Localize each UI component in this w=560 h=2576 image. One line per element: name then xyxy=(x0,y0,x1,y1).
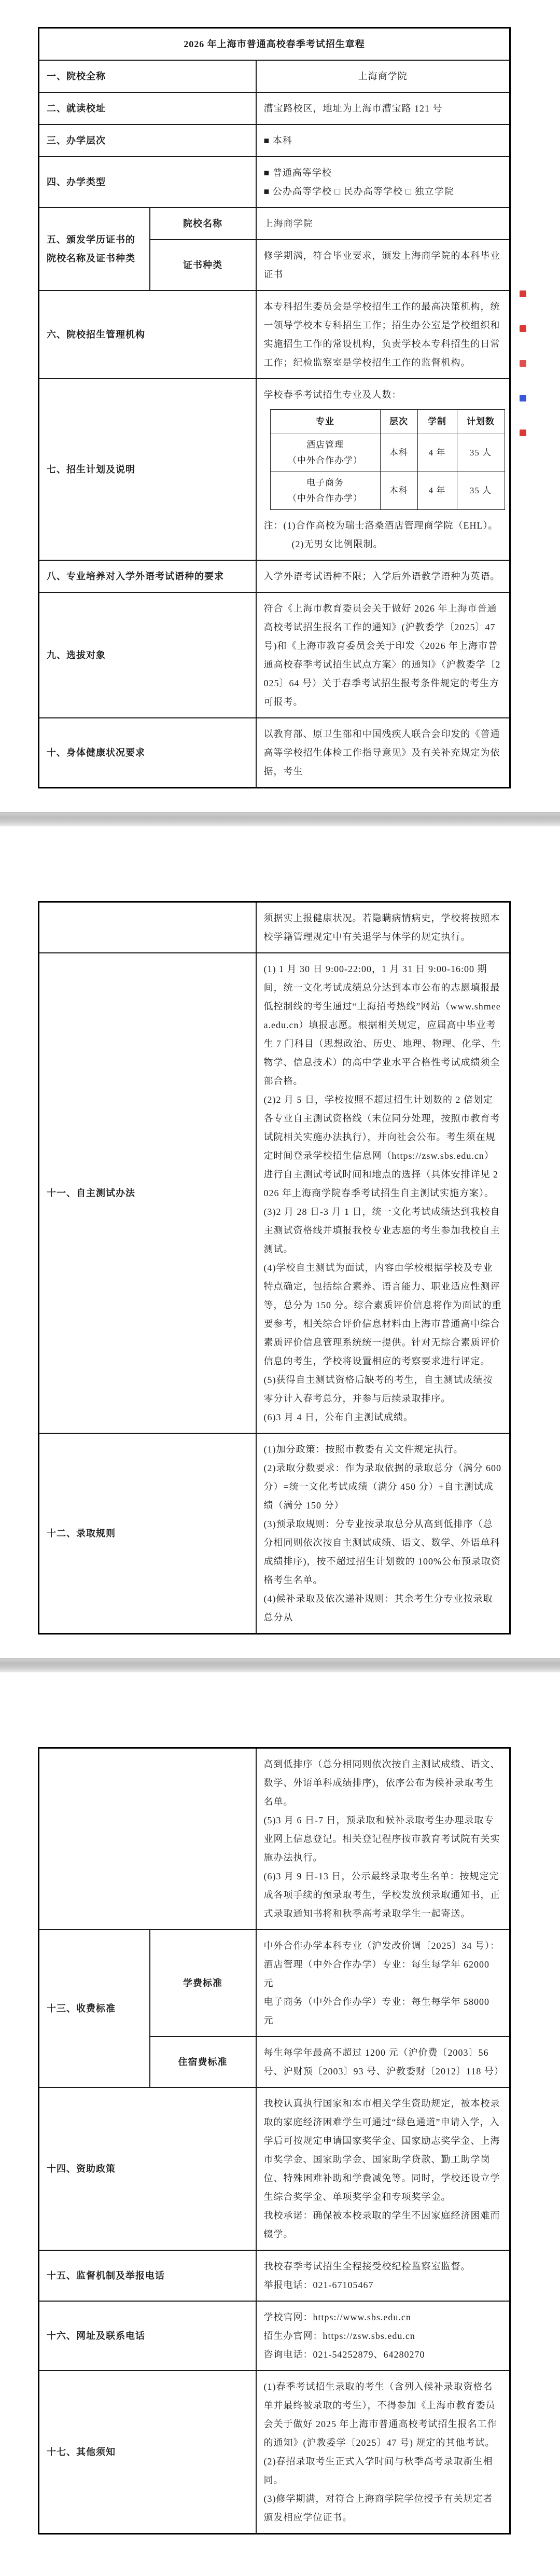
document-root: 2026 年上海市普通高校春季考试招生章程 一、院校全称 上海商学院 二、就读校… xyxy=(0,0,560,2576)
row-label-candidate-pool: 九、选拔对象 xyxy=(39,592,256,718)
row-label-other-notes: 十七、其他须知 xyxy=(39,2371,256,2534)
row-label-college-name: 一、院校全称 xyxy=(39,60,256,92)
table-row: 十四、资助政策 我校认真执行国家和本市相关学生资助规定，被本校录取的家庭经济困难… xyxy=(39,2087,510,2250)
column-header-level: 层次 xyxy=(380,410,417,434)
table-header-row: 专业 层次 学制 计划数 xyxy=(270,410,505,434)
admission-rule-para: (6)3 月 9 日-13 日，公示最终录取考生名单：按规定完成各项手续的预录取… xyxy=(264,1867,502,1923)
duration-cell: 4 年 xyxy=(417,434,457,472)
column-header-major: 专业 xyxy=(270,410,380,434)
table-row: 二、就读校址 漕宝路校区，地址为上海市漕宝路 121 号 xyxy=(39,92,510,124)
charter-table-page-2: 须据实上报健康状况。若隐瞒病情病史，学校将按照本校学籍管理规定中有关退学与休学的… xyxy=(38,901,511,1635)
enrollment-plan-intro: 学校春季考试招生专业及人数： xyxy=(264,385,502,404)
page-title: 2026 年上海市普通高校春季考试招生章程 xyxy=(39,28,510,61)
report-phone: 举报电话：021-67105467 xyxy=(264,2276,502,2294)
sub-label-accommodation-fee: 住宿费标准 xyxy=(150,2037,256,2087)
row-label-admission-rules-continued xyxy=(39,1748,256,1930)
table-row: 十三、收费标准 学费标准 中外合作办学本科专业（沪发改价调〔2025〕34 号）… xyxy=(39,1930,510,2037)
table-row: 酒店管理 （中外合作办学） 本科 4 年 35 人 xyxy=(270,434,505,472)
self-test-para: (3)2 月 28 日-3 月 1 日，统一文化考试成绩达到我校自主测试资格线并… xyxy=(264,1202,502,1258)
self-test-para: (1) 1 月 30 日 9:00-22:00，1 月 31 日 9:00-16… xyxy=(264,960,502,1090)
level-cell: 本科 xyxy=(380,434,417,472)
table-row: 一、院校全称 上海商学院 xyxy=(39,60,510,92)
table-row: 六、院校招生管理机构 本专科招生委员会是学校招生工作的最高决策机构，统一领导学校… xyxy=(39,290,510,379)
admission-rules-continued-value: 高到低排序（总分相同则依次按自主测试成绩、语文、数学、外语单科成绩排序)，依序公… xyxy=(256,1748,510,1930)
major-subname: （中外合作办学） xyxy=(273,453,378,468)
row-label-self-test-method: 十一、自主测试办法 xyxy=(39,953,256,1433)
financial-aid-value: 我校认真执行国家和本市相关学生资助规定，被本校录取的家庭经济困难学生可通过“绿色… xyxy=(256,2087,510,2250)
self-test-para: (2)2 月 5 日，学校按照不超过招生计划数的 2 倍划定各专业自主测试资格线… xyxy=(264,1090,502,1202)
sub-label-certificate-type: 证书种类 xyxy=(150,240,256,290)
financial-aid-para: 我校承诺：确保被本校录取的学生不因家庭经济困难而辍学。 xyxy=(264,2206,502,2243)
admission-rule-para: (3)预录取规则：分专业按录取总分从高到低排序（总分相同则依次按自主测试成绩、语… xyxy=(264,1515,502,1589)
planned-count-cell: 35 人 xyxy=(457,472,505,510)
tuition-fee-value: 中外合作办学本科专业（沪发改价调〔2025〕34 号）： 酒店管理（中外合作办学… xyxy=(256,1930,510,2037)
enrollment-plan-table: 专业 层次 学制 计划数 酒店管理 （中外合作办学） xyxy=(270,409,505,510)
row-label-financial-aid: 十四、资助政策 xyxy=(39,2087,256,2250)
column-header-planned-count: 计划数 xyxy=(457,410,505,434)
admission-rules-value: (1)加分政策：按照市教委有关文件规定执行。 (2)录取分数要求：作为录取依据的… xyxy=(256,1433,510,1634)
table-row: 四、办学类型 ■ 普通高等学校 ■ 公办高等学校 □ 民办高等学校 □ 独立学院 xyxy=(39,157,510,207)
language-requirement-value: 入学外语考试语种不限；入学后外语教学语种为英语。 xyxy=(256,560,510,592)
row-label-admission-rules: 十二、录取规则 xyxy=(39,1433,256,1634)
admission-rule-para: (4)候补录取及依次递补规则：其余考生分专业按录取总分从 xyxy=(264,1589,502,1627)
page-separator-2 xyxy=(0,1658,560,1672)
table-row: 五、颁发学历证书的院校名称及证书种类 院校名称 上海商学院 xyxy=(39,207,510,240)
self-test-para: (6)3 月 4 日，公布自主测试成绩。 xyxy=(264,1408,502,1427)
table-row: 十七、其他须知 (1)春季考试招生录取的考生（含列入候补录取资格名单并最终被录取… xyxy=(39,2371,510,2534)
college-name-value: 上海商学院 xyxy=(256,60,510,92)
school-type-value: ■ 普通高等学校 ■ 公办高等学校 □ 民办高等学校 □ 独立学院 xyxy=(256,157,510,207)
admission-rule-para: (1)加分政策：按照市教委有关文件规定执行。 xyxy=(264,1440,502,1459)
page-3: 高到低排序（总分相同则依次按自主测试成绩、语文、数学、外语单科成绩排序)，依序公… xyxy=(0,1672,560,2576)
table-row: 十二、录取规则 (1)加分政策：按照市教委有关文件规定执行。 (2)录取分数要求… xyxy=(39,1433,510,1634)
website-contact-value: 学校官网：https://www.sbs.edu.cn 招生办官网：https:… xyxy=(256,2301,510,2371)
page-2: 须据实上报健康状况。若隐瞒病情病史，学校将按照本校学籍管理规定中有关退学与休学的… xyxy=(0,826,560,1658)
enrollment-note: (2)无男女比例限制。 xyxy=(264,535,502,553)
admission-rule-para: (2)录取分数要求：作为录取依据的录取总分（满分 600 分）=统一文化考试成绩… xyxy=(264,1459,502,1515)
candidate-pool-value: 符合《上海市教育委员会关于做好 2026 年上海市普通高校考试招生报名工作的通知… xyxy=(256,592,510,718)
self-test-para: (4)学校自主测试为面试，内容由学校根据学校及专业特点确定，包括综合素养、语言能… xyxy=(264,1258,502,1370)
page-separator-1 xyxy=(0,812,560,826)
row-label-education-level: 三、办学层次 xyxy=(39,124,256,157)
page-bottom-margin xyxy=(0,2558,560,2576)
margin-mark-red-3 xyxy=(520,360,526,367)
row-label-campus-address: 二、就读校址 xyxy=(39,92,256,124)
self-test-para: (5)获得自主测试资格后缺考的考生，自主测试成绩按零分计入春考总分，并参与后续录… xyxy=(264,1370,502,1408)
issuing-college-value: 上海商学院 xyxy=(256,207,510,240)
charter-table-page-3: 高到低排序（总分相同则依次按自主测试成绩、语文、数学、外语单科成绩排序)，依序公… xyxy=(38,1747,511,2535)
other-note-para: (2)春招录取考生正式入学时间与秋季高考录取新生相同。 xyxy=(264,2452,502,2489)
page-1: 2026 年上海市普通高校春季考试招生章程 一、院校全称 上海商学院 二、就读校… xyxy=(0,0,560,812)
school-website: 学校官网：https://www.sbs.edu.cn xyxy=(264,2308,502,2326)
sub-label-issuing-college: 院校名称 xyxy=(150,207,256,240)
margin-mark-red-1 xyxy=(520,290,526,297)
row-label-website-contact: 十六、网址及联系电话 xyxy=(39,2301,256,2371)
health-requirement-continued-value: 须据实上报健康状况。若隐瞒病情病史，学校将按照本校学籍管理规定中有关退学与休学的… xyxy=(256,902,510,953)
education-level-value: ■ 本科 xyxy=(256,124,510,157)
school-type-line: ■ 公办高等学校 □ 民办高等学校 □ 独立学院 xyxy=(264,182,502,201)
charter-table-page-1: 2026 年上海市普通高校春季考试招生章程 一、院校全称 上海商学院 二、就读校… xyxy=(38,27,511,788)
row-label-supervision: 十五、监督机制及举报电话 xyxy=(39,2250,256,2301)
admissions-website: 招生办官网：https://zsw.sbs.edu.cn xyxy=(264,2326,502,2345)
supervision-line: 我校春季考试招生全程接受校纪检监察室监督。 xyxy=(264,2257,502,2276)
accommodation-fee-value: 每生每学年最高不超过 1200 元（沪价费〔2003〕56 号、沪财预〔2003… xyxy=(256,2037,510,2087)
major-name: 电子商务 xyxy=(273,475,378,491)
margin-mark-red-2 xyxy=(520,325,526,332)
financial-aid-para: 我校认真执行国家和本市相关学生资助规定，被本校录取的家庭经济困难学生可通过“绿色… xyxy=(264,2094,502,2206)
planned-count-cell: 35 人 xyxy=(457,434,505,472)
table-row: 十五、监督机制及举报电话 我校春季考试招生全程接受校纪检监察室监督。 举报电话：… xyxy=(39,2250,510,2301)
tuition-fee-line: 中外合作办学本科专业（沪发改价调〔2025〕34 号）： xyxy=(264,1936,502,1955)
major-cell: 酒店管理 （中外合作办学） xyxy=(270,434,380,472)
row-label-health-continued xyxy=(39,902,256,953)
supervision-value: 我校春季考试招生全程接受校纪检监察室监督。 举报电话：021-67105467 xyxy=(256,2250,510,2301)
other-note-para: (3)修学期满，对符合上海商学院学位授予有关规定者颁发相应学位证书。 xyxy=(264,2489,502,2527)
health-requirement-value: 以教育部、原卫生部和中国残疾人联合会印发的《普通高等学校招生体检工作指导意见》及… xyxy=(256,718,510,788)
row-label-health-requirement: 十、身体健康状况要求 xyxy=(39,718,256,788)
major-name: 酒店管理 xyxy=(273,437,378,453)
table-row: 十六、网址及联系电话 学校官网：https://www.sbs.edu.cn 招… xyxy=(39,2301,510,2371)
margin-mark-red-4 xyxy=(520,430,526,436)
sub-label-tuition-fee: 学费标准 xyxy=(150,1930,256,2037)
tuition-fee-line: 电子商务（中外合作办学）专业：每生每学年 58000 元 xyxy=(264,1992,502,2030)
enrollment-plan-value: 学校春季考试招生专业及人数： 专业 层次 学制 计划数 xyxy=(256,379,510,560)
admission-rule-para: 高到低排序（总分相同则依次按自主测试成绩、语文、数学、外语单科成绩排序)，依序公… xyxy=(264,1755,502,1811)
admission-org-value: 本专科招生委员会是学校招生工作的最高决策机构，统一领导学校本专科招生工作；招生办… xyxy=(256,290,510,379)
enrollment-note: 注：(1)合作高校为瑞士洛桑酒店管理商学院（EHL）。 xyxy=(264,516,502,535)
row-label-enrollment-plan: 七、招生计划及说明 xyxy=(39,379,256,560)
table-row: 九、选拔对象 符合《上海市教育委员会关于做好 2026 年上海市普通高校考试招生… xyxy=(39,592,510,718)
table-row: 十一、自主测试办法 (1) 1 月 30 日 9:00-22:00，1 月 31… xyxy=(39,953,510,1433)
row-label-language-requirement: 八、专业培养对入学外语考试语种的要求 xyxy=(39,560,256,592)
campus-address-value: 漕宝路校区，地址为上海市漕宝路 121 号 xyxy=(256,92,510,124)
level-cell: 本科 xyxy=(380,472,417,510)
school-type-line: ■ 普通高等学校 xyxy=(264,163,502,182)
table-row: 三、办学层次 ■ 本科 xyxy=(39,124,510,157)
self-test-method-value: (1) 1 月 30 日 9:00-22:00，1 月 31 日 9:00-16… xyxy=(256,953,510,1433)
row-label-admission-org: 六、院校招生管理机构 xyxy=(39,290,256,379)
certificate-type-value: 修学期满，符合毕业要求，颁发上海商学院的本科毕业证书 xyxy=(256,240,510,290)
row-label-certificate: 五、颁发学历证书的院校名称及证书种类 xyxy=(39,207,150,290)
major-subname: （中外合作办学） xyxy=(273,491,378,506)
table-row: 须据实上报健康状况。若隐瞒病情病史，学校将按照本校学籍管理规定中有关退学与休学的… xyxy=(39,902,510,953)
table-row: 七、招生计划及说明 学校春季考试招生专业及人数： 专业 层次 学制 计划数 xyxy=(39,379,510,560)
title-row: 2026 年上海市普通高校春季考试招生章程 xyxy=(39,28,510,61)
tuition-fee-line: 酒店管理（中外合作办学）专业：每生每学年 62000 元 xyxy=(264,1955,502,1992)
duration-cell: 4 年 xyxy=(417,472,457,510)
margin-mark-blue-1 xyxy=(520,395,526,401)
table-row: 十、身体健康状况要求 以教育部、原卫生部和中国残疾人联合会印发的《普通高等学校招… xyxy=(39,718,510,788)
other-notes-value: (1)春季考试招生录取的考生（含列入候补录取资格名单并最终被录取的考生），不得参… xyxy=(256,2371,510,2534)
inquiry-phone: 咨询电话：021-54252879、64280270 xyxy=(264,2345,502,2364)
row-label-fee-standards: 十三、收费标准 xyxy=(39,1930,150,2087)
table-row: 高到低排序（总分相同则依次按自主测试成绩、语文、数学、外语单科成绩排序)，依序公… xyxy=(39,1748,510,1930)
row-label-school-type: 四、办学类型 xyxy=(39,157,256,207)
major-cell: 电子商务 （中外合作办学） xyxy=(270,472,380,510)
admission-rule-para: (5)3 月 6 日-7 日，预录取和候补录取考生办理录取专业网上信息登记。相关… xyxy=(264,1811,502,1867)
table-row: 八、专业培养对入学外语考试语种的要求 入学外语考试语种不限；入学后外语教学语种为… xyxy=(39,560,510,592)
column-header-duration: 学制 xyxy=(417,410,457,434)
other-note-para: (1)春季考试招生录取的考生（含列入候补录取资格名单并最终被录取的考生），不得参… xyxy=(264,2377,502,2452)
table-row: 电子商务 （中外合作办学） 本科 4 年 35 人 xyxy=(270,472,505,510)
